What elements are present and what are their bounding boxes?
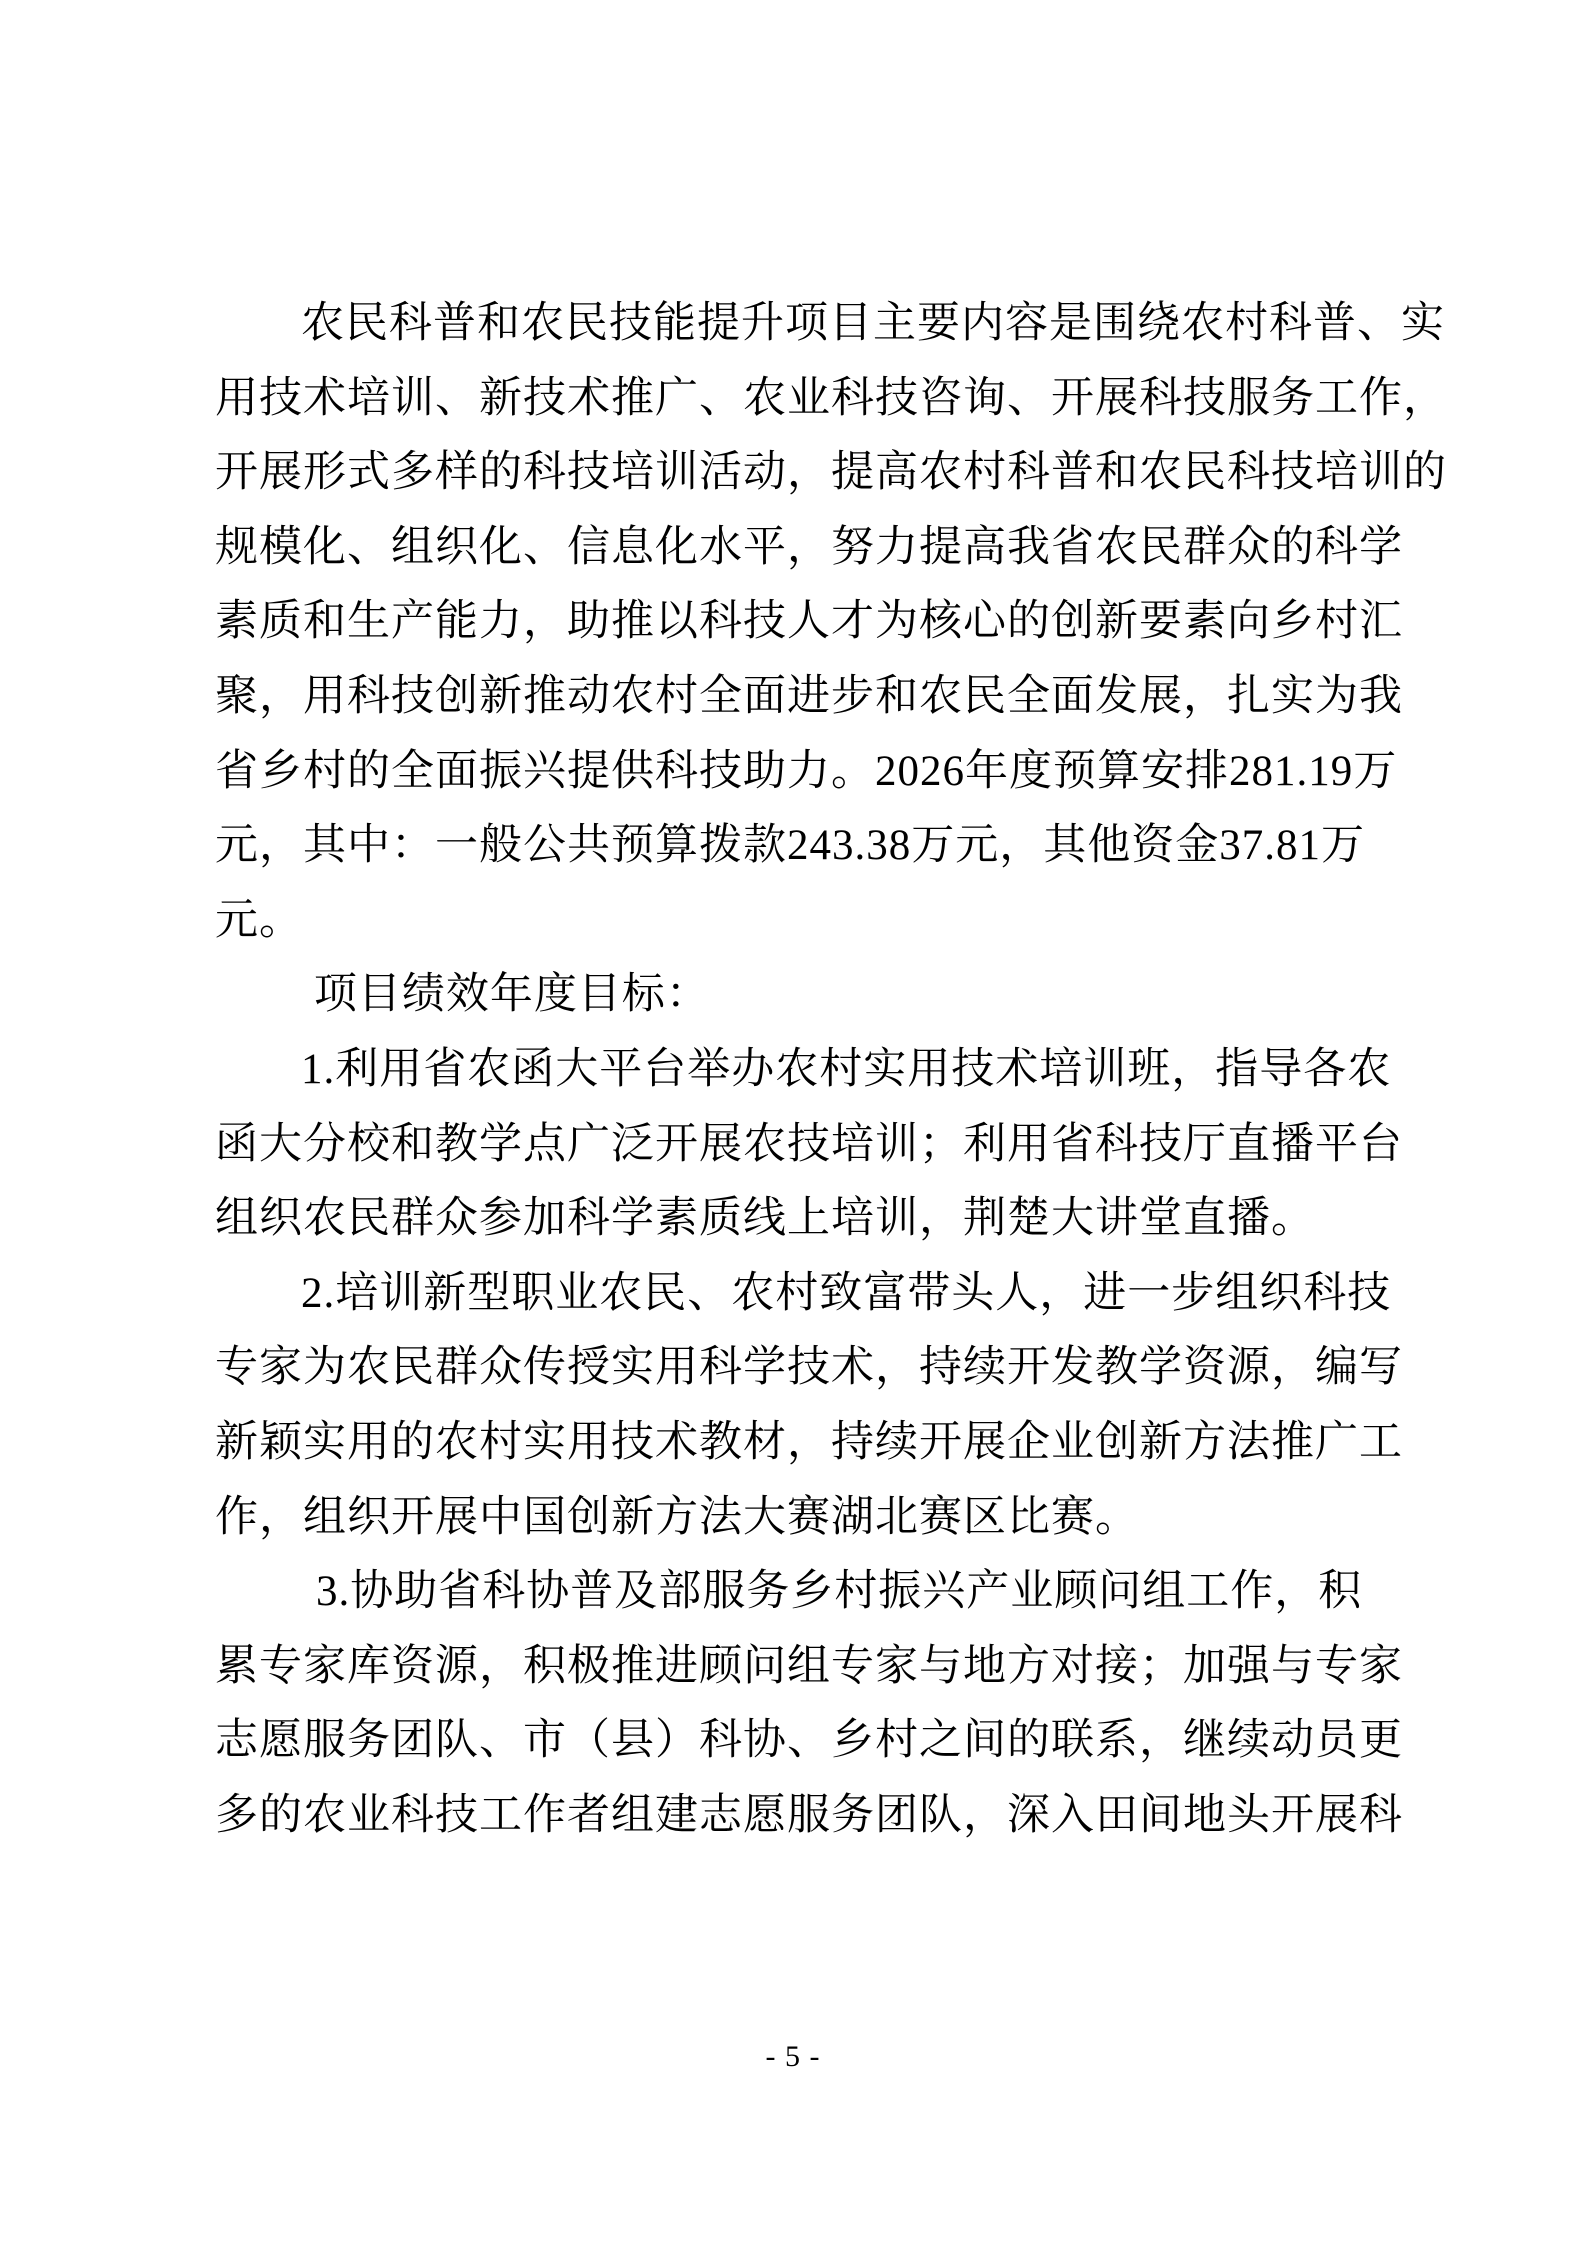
text-line: 1.利用省农函大平台举办农村实用技术培训班，指导各农	[301, 1046, 1391, 1093]
text-line: 省乡村的全面振兴提供科技助力。2026年度预算安排281.19万	[215, 748, 1397, 795]
text-line: 志愿服务团队、市（县）科协、乡村之间的联系，继续动员更	[215, 1717, 1403, 1764]
text-line: 函大分校和教学点广泛开展农技培训；利用省科技厅直播平台	[215, 1121, 1403, 1168]
page-number: - 5 -	[0, 2040, 1586, 2074]
paragraph-project-overview: 农民科普和农民技能提升项目主要内容是围绕农村科普、实用技术培训、新技术推广、农业…	[215, 287, 1447, 958]
text-line: 2.培训新型职业农民、农村致富带头人，进一步组织科技	[301, 1270, 1391, 1317]
text-line: 元。	[215, 897, 303, 944]
text-line: 用技术培训、新技术推广、农业科技咨询、开展科技服务工作，	[215, 375, 1447, 422]
text-line: 专家为农民群众传授实用科学技术，持续开发教学资源，编写	[215, 1344, 1403, 1391]
text-line: 聚，用科技创新推动农村全面进步和农民全面发展，扎实为我	[215, 673, 1403, 720]
paragraph-goal-2: 2.培训新型职业农民、农村致富带头人，进一步组织科技专家为农民群众传授实用科学技…	[215, 1257, 1447, 1555]
text-line: 项目绩效年度目标：	[314, 971, 710, 1018]
text-line: 农民科普和农民技能提升项目主要内容是围绕农村科普、实	[301, 300, 1445, 347]
document-page: 农民科普和农民技能提升项目主要内容是围绕农村科普、实用技术培训、新技术推广、农业…	[0, 0, 1586, 2245]
paragraph-goal-1: 1.利用省农函大平台举办农村实用技术培训班，指导各农函大分校和教学点广泛开展农技…	[215, 1033, 1447, 1257]
paragraph-goal-3: 3.协助省科协普及部服务乡村振兴产业顾问组工作，积累专家库资源，积极推进顾问组专…	[215, 1555, 1447, 1853]
text-line: 多的农业科技工作者组建志愿服务团队，深入田间地头开展科	[215, 1792, 1403, 1839]
text-line: 开展形式多样的科技培训活动，提高农村科普和农民科技培训的	[215, 449, 1447, 496]
text-line: 规模化、组织化、信息化水平，努力提高我省农民群众的科学	[215, 524, 1403, 571]
text-line: 3.协助省科协普及部服务乡村振兴产业顾问组工作，积	[316, 1568, 1362, 1615]
text-line: 作，组织开展中国创新方法大赛湖北赛区比赛。	[215, 1494, 1139, 1541]
text-line: 新颖实用的农村实用技术教材，持续开展企业创新方法推广工	[215, 1419, 1403, 1466]
text-line: 素质和生产能力，助推以科技人才为核心的创新要素向乡村汇	[215, 598, 1403, 645]
text-line: 组织农民群众参加科学素质线上培训，荆楚大讲堂直播。	[215, 1195, 1315, 1242]
text-line: 累专家库资源，积极推进顾问组专家与地方对接；加强与专家	[215, 1643, 1403, 1690]
paragraph-annual-goals-heading: 项目绩效年度目标：	[215, 958, 1447, 1033]
document-body: 农民科普和农民技能提升项目主要内容是围绕农村科普、实用技术培训、新技术推广、农业…	[215, 287, 1447, 1853]
text-line: 元，其中：一般公共预算拨款243.38万元，其他资金37.81万	[215, 822, 1365, 869]
